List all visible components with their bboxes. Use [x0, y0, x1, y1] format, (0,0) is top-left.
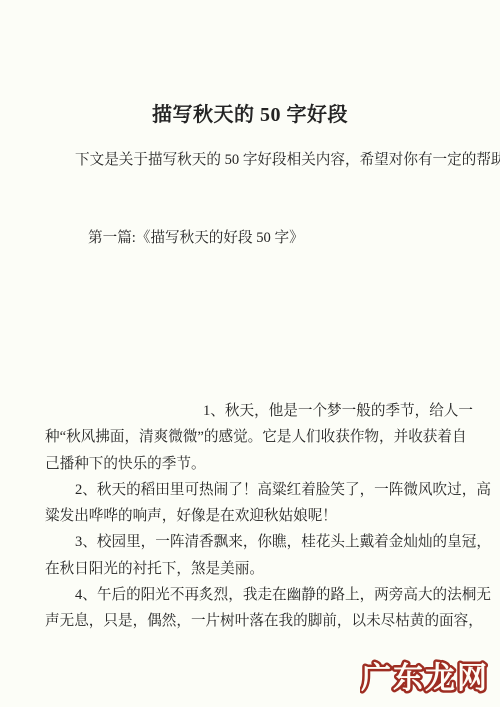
body-line: 2、秋天的稻田里可热闹了！高粱红着脸笑了，一阵微风吹过，高: [45, 477, 460, 503]
body-line: 声无息，只是，偶然，一片树叶落在我的脚前，以未尽枯黄的面容，: [45, 608, 460, 634]
section-heading: 第一篇:《描写秋天的好段 50 字》: [88, 227, 304, 249]
body-line: 在秋日阳光的衬托下，煞是美丽。: [45, 556, 460, 582]
page-title: 描写秋天的 50 字好段: [0, 101, 500, 129]
body-line: 4、午后的阳光不再炙烈，我走在幽静的路上，两旁高大的法桐无: [45, 582, 460, 608]
intro-paragraph: 下文是关于描写秋天的 50 字好段相关内容，希望对你有一定的帮助：: [45, 149, 457, 172]
body-line: 种“秋风拂面，清爽微微”的感觉。它是人们收获作物，并收获着自: [45, 424, 460, 450]
body-line: 粱发出哗哗的响声，好像是在欢迎秋姑娘呢！: [45, 503, 460, 529]
body-line: 1、秋天，他是一个梦一般的季节，给人一: [45, 398, 460, 424]
body-text-block: 1、秋天，他是一个梦一般的季节，给人一 种“秋风拂面，清爽微微”的感觉。它是人们…: [45, 398, 460, 635]
body-line: 己播种下的快乐的季节。: [45, 451, 460, 477]
watermark-svg: 广东龙网: [360, 655, 500, 703]
document-page: 描写秋天的 50 字好段 下文是关于描写秋天的 50 字好段相关内容，希望对你有…: [0, 0, 500, 707]
watermark: 广东龙网: [360, 655, 500, 703]
body-line: 3、校园里，一阵清香飘来，你瞧，桂花头上戴着金灿灿的皇冠，: [45, 529, 460, 555]
watermark-text: 广东龙网: [361, 661, 489, 696]
